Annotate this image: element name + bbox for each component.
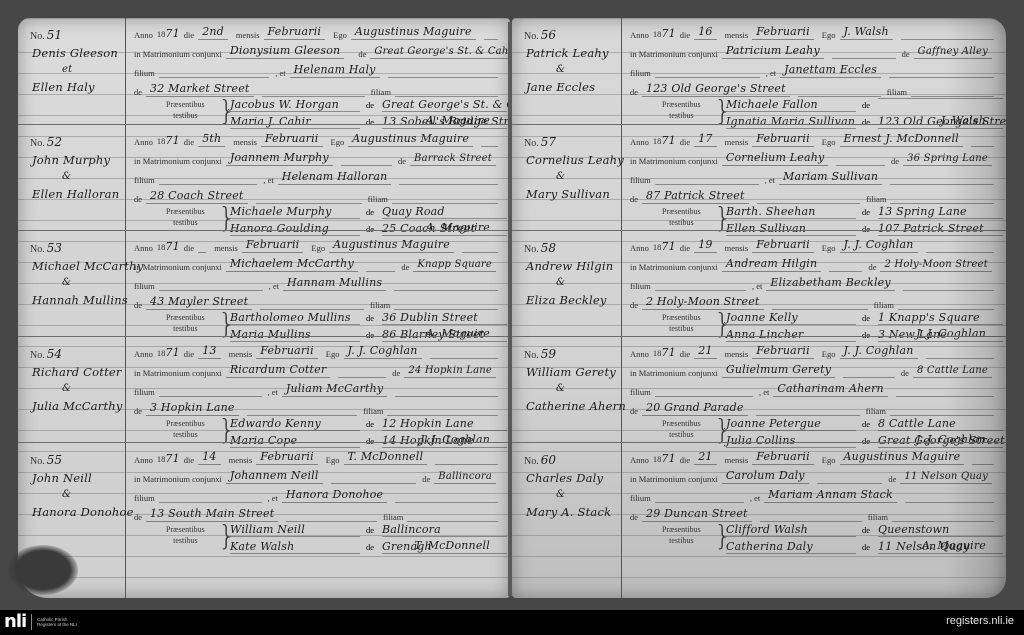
label-die: die: [680, 349, 690, 359]
image-viewer[interactable]: No.51 Denis Gleeson et Ellen Haly Anno 1…: [0, 0, 1024, 610]
day-value: 5th: [198, 132, 225, 147]
label-mensis: mensis: [229, 455, 253, 465]
bride-residence-row: de 43 Mayler Street filiam: [134, 292, 504, 310]
groom-row: in Matrimonium conjunxi Dionysium Gleeso…: [134, 41, 504, 59]
month-value: Februarii: [261, 132, 323, 147]
marriage-entry: No.53 Michael McCarthy & Hannah Mullins …: [18, 230, 510, 336]
entry-margin: No.53 Michael McCarthy & Hannah Mullins: [18, 231, 126, 336]
margin-bride-name: Jane Eccles: [526, 80, 595, 94]
viewer-footer: nli Catholic Parish Registers at the NLI…: [0, 610, 1024, 635]
month-value: Februarii: [752, 238, 814, 253]
month-value: Februarii: [264, 25, 326, 40]
label-et: , et: [765, 175, 775, 185]
bride-residence-row: de 87 Patrick Street filiam: [630, 186, 1000, 204]
bride-residence-row: de 29 Duncan Street filiam: [630, 504, 1000, 522]
entry-margin: No.54 Richard Cotter & Julia McCarthy: [18, 337, 126, 442]
label-de: de: [891, 156, 899, 166]
bride-row: filium , et Juliam McCarthy: [134, 379, 504, 397]
date-row: Anno 1871 die 2nd mensis Februarii Ego A…: [134, 22, 504, 40]
entry-margin: No.60 Charles Daly & Mary A. Stack: [512, 443, 622, 598]
date-row: Anno 1871 die 17 mensis Februarii Ego Er…: [630, 129, 1000, 147]
margin-groom-name: Andrew Hilgin: [526, 259, 613, 273]
groom-name: Patricium Leahy: [722, 44, 824, 59]
bride-row: filium , et Helenam Haly: [134, 60, 504, 78]
day-value: [198, 251, 206, 253]
nli-logo[interactable]: nli Catholic Parish Registers at the NLI: [4, 613, 77, 631]
label-anno: Anno: [134, 455, 153, 465]
marriage-entry: No.57 Cornelius Leahy & Mary Sullivan An…: [512, 124, 1006, 230]
label-ego: Ego: [311, 243, 325, 253]
marriage-entry: No.56 Patrick Leahy & Jane Eccles Anno 1…: [512, 18, 1006, 124]
priest-name: Augustinus Maguire: [840, 450, 965, 465]
label-mensis: mensis: [725, 30, 749, 40]
bride-residence: 32 Market Street: [146, 82, 254, 97]
witness-1-residence: [878, 98, 1003, 99]
label-mensis: mensis: [214, 243, 238, 253]
label-de: de: [366, 542, 374, 552]
entry-number: No.53: [30, 241, 62, 255]
groom-residence: 2 Holy-Moon Street: [880, 259, 992, 272]
label-filium: filium: [630, 68, 651, 78]
groom-residence: Knapp Square: [413, 259, 496, 272]
groom-row: in Matrimonium conjunxi Gulielmum Gerety…: [630, 360, 1000, 378]
label-de: de: [401, 262, 409, 272]
label-ego: Ego: [822, 243, 836, 253]
margin-conjunction: &: [556, 171, 565, 182]
month-value: Februarii: [256, 450, 318, 465]
groom-row: in Matrimonium conjunxi Carolum Daly de …: [630, 466, 1000, 484]
day-value: 14: [198, 450, 220, 465]
label-de: de: [366, 207, 374, 217]
label-die: die: [184, 30, 194, 40]
year-value: 1871: [157, 452, 180, 465]
bride-residence: 2 Holy-Moon Street: [642, 295, 764, 310]
witness-1-name: Michaele Fallon: [726, 98, 856, 112]
label-de: de: [422, 474, 430, 484]
label-de: de: [888, 474, 896, 484]
label-de: de: [862, 207, 870, 217]
entry-margin: No.51 Denis Gleeson et Ellen Haly: [18, 18, 126, 124]
entry-body: Anno 1871 die 21 mensis Februarii Ego J.…: [626, 337, 1000, 442]
entry-number: No.60: [524, 453, 556, 467]
groom-row: in Matrimonium conjunxi Cornelium Leahy …: [630, 148, 1000, 166]
year-value: 1871: [653, 346, 676, 359]
groom-row: in Matrimonium conjunxi Patricium Leahy …: [630, 41, 1000, 59]
label-de: de: [901, 368, 909, 378]
label-in-matrimonium: in Matrimonium conjunxi: [630, 156, 718, 166]
entry-body: Anno 1871 die 21 mensis Februarii Ego Au…: [626, 443, 1000, 598]
date-row: Anno 1871 die 21 mensis Februarii Ego Au…: [630, 447, 1000, 465]
register-page-left: No.51 Denis Gleeson et Ellen Haly Anno 1…: [18, 18, 510, 598]
priest-signature: A. Maguire: [922, 539, 986, 552]
month-value: Februarii: [752, 344, 814, 359]
entry-number: No.58: [524, 241, 556, 255]
bride-residence-row: de 20 Grand Parade filiam: [630, 398, 1000, 416]
groom-name: Andream Hilgin: [722, 257, 821, 272]
priest-name: J. Walsh: [840, 25, 893, 40]
margin-conjunction: &: [556, 489, 565, 500]
register-page-right: No.56 Patrick Leahy & Jane Eccles Anno 1…: [512, 18, 1006, 598]
label-praesentibus-testibus: Præsentibustestibus: [662, 312, 701, 334]
bride-row: filium , et Mariam Annam Stack: [630, 485, 1000, 503]
month-value: Februarii: [752, 25, 814, 40]
bride-residence: 29 Duncan Street: [642, 507, 752, 522]
label-filium: filium: [630, 387, 651, 397]
groom-residence: Barrack Street: [410, 153, 496, 166]
label-de: de: [862, 542, 870, 552]
label-ego: Ego: [331, 137, 345, 147]
label-in-matrimonium: in Matrimonium conjunxi: [134, 262, 222, 272]
label-de: de: [366, 419, 374, 429]
bride-row: filium , et Hanora Donohoe: [134, 485, 504, 503]
entry-margin: No.58 Andrew Hilgin & Eliza Beckley: [512, 231, 622, 336]
label-in-matrimonium: in Matrimonium conjunxi: [630, 474, 718, 484]
label-in-matrimonium: in Matrimonium conjunxi: [134, 368, 222, 378]
marriage-entry: No.52 John Murphy & Ellen Halloran Anno …: [18, 124, 510, 230]
marriage-entry: No.55 John Neill & Hanora Donohoe Anno 1…: [18, 442, 510, 598]
label-et: , et: [263, 175, 273, 185]
witness-1-name: Michaele Murphy: [230, 205, 360, 219]
label-praesentibus-testibus: Præsentibustestibus: [662, 99, 701, 121]
label-in-matrimonium: in Matrimonium conjunxi: [134, 156, 222, 166]
label-et: , et: [752, 281, 762, 291]
label-praesentibus-testibus: Præsentibustestibus: [166, 524, 205, 546]
label-ego: Ego: [333, 30, 347, 40]
label-de: de: [366, 100, 374, 110]
margin-groom-name: John Murphy: [32, 153, 110, 167]
groom-name: Johannem Neill: [226, 469, 323, 484]
bride-name: Mariam Annam Stack: [764, 488, 897, 503]
label-et: , et: [766, 68, 776, 78]
label-die: die: [680, 30, 690, 40]
label-de: de: [392, 368, 400, 378]
entry-margin: No.59 William Gerety & Catherine Ahern: [512, 337, 622, 442]
label-mensis: mensis: [236, 30, 260, 40]
priest-signature: T. McDonnell: [414, 539, 490, 552]
margin-bride-name: Hanora Donohoe: [32, 505, 134, 519]
witness-1-name: Jacobus W. Horgan: [230, 98, 360, 112]
margin-conjunction: &: [556, 277, 565, 288]
witness-2-name: Catherina Daly: [726, 540, 856, 554]
bride-row: filium , et Janettam Eccles: [630, 60, 1000, 78]
label-in-matrimonium: in Matrimonium conjunxi: [134, 49, 222, 59]
label-et: , et: [759, 387, 769, 397]
date-row: Anno 1871 die 13 mensis Februarii Ego J.…: [134, 341, 504, 359]
margin-groom-name: Richard Cotter: [32, 365, 122, 379]
label-anno: Anno: [134, 243, 153, 253]
year-value: 1871: [653, 240, 676, 253]
priest-name: J. J. Coghlan: [840, 344, 918, 359]
groom-residence: Great George's St. & Cahir: [370, 46, 510, 59]
logo-divider: [31, 614, 32, 630]
label-de: de: [398, 156, 406, 166]
bride-residence-row: de 3 Hopkin Lane filiam: [134, 398, 504, 416]
groom-name: Ricardum Cotter: [226, 363, 330, 378]
bride-name: Catharinam Ahern: [773, 382, 887, 397]
witness-1-residence: 13 Spring Lane: [878, 205, 1003, 219]
label-ego: Ego: [822, 30, 836, 40]
nli-logo-icon: nli: [4, 613, 26, 631]
label-ego: Ego: [326, 349, 340, 359]
margin-groom-name: Denis Gleeson: [32, 46, 118, 60]
marriage-entry: No.54 Richard Cotter & Julia McCarthy An…: [18, 336, 510, 442]
day-value: 17: [694, 132, 716, 147]
label-praesentibus-testibus: Præsentibustestibus: [166, 99, 205, 121]
label-praesentibus-testibus: Præsentibustestibus: [662, 206, 701, 228]
bride-row: filium , et Mariam Sullivan: [630, 167, 1000, 185]
date-row: Anno 1871 die 16 mensis Februarii Ego J.…: [630, 22, 1000, 40]
label-filium: filium: [630, 493, 651, 503]
day-value: 16: [694, 25, 716, 40]
bride-residence-row: de 2 Holy-Moon Street filiam: [630, 292, 1000, 310]
margin-bride-name: Mary A. Stack: [526, 505, 611, 519]
site-url-link[interactable]: registers.nli.ie: [946, 615, 1014, 627]
bride-name: Juliam McCarthy: [282, 382, 387, 397]
entry-number: No.52: [30, 135, 62, 149]
groom-name: Joannem Murphy: [226, 151, 333, 166]
year-value: 1871: [157, 134, 180, 147]
entry-number: No.51: [30, 28, 62, 42]
margin-bride-name: Catherine Ahern: [526, 399, 626, 413]
margin-groom-name: Cornelius Leahy: [526, 153, 624, 167]
bride-residence-row: de 32 Market Street filiam: [134, 79, 504, 97]
label-de: de: [358, 49, 366, 59]
label-filium: filium: [134, 281, 155, 291]
label-anno: Anno: [134, 349, 153, 359]
witness-1-residence: Queenstown: [878, 523, 1003, 537]
margin-bride-name: Julia McCarthy: [32, 399, 123, 413]
witness-1-residence: 1 Knapp's Square: [878, 311, 1003, 325]
witness-1-name: Edwardo Kenny: [230, 417, 360, 431]
margin-groom-name: John Neill: [32, 471, 92, 485]
entry-number: No.57: [524, 135, 556, 149]
label-de: de: [862, 419, 870, 429]
label-de: de: [366, 525, 374, 535]
witness-1-name: Barth. Sheehan: [726, 205, 856, 219]
groom-residence: Ballincora: [434, 471, 496, 484]
label-anno: Anno: [630, 30, 649, 40]
date-row: Anno 1871 die mensis Februarii Ego Augus…: [134, 235, 504, 253]
entry-margin: No.57 Cornelius Leahy & Mary Sullivan: [512, 125, 622, 230]
month-value: Februarii: [752, 450, 814, 465]
date-row: Anno 1871 die 5th mensis Februarii Ego A…: [134, 129, 504, 147]
label-mensis: mensis: [725, 455, 749, 465]
bride-residence: 43 Mayler Street: [146, 295, 252, 310]
day-value: 2nd: [198, 25, 228, 40]
label-de: de: [868, 262, 876, 272]
entry-body: Anno 1871 die mensis Februarii Ego Augus…: [130, 231, 504, 336]
label-anno: Anno: [630, 349, 649, 359]
margin-bride-name: Ellen Halloran: [32, 187, 119, 201]
priest-name: Augustinus Maguire: [348, 132, 473, 147]
margin-groom-name: William Gerety: [526, 365, 616, 379]
bride-name: Helenam Haly: [290, 63, 380, 78]
entry-number: No.54: [30, 347, 62, 361]
entry-body: Anno 1871 die 2nd mensis Februarii Ego A…: [130, 18, 504, 124]
groom-row: in Matrimonium conjunxi Ricardum Cotter …: [134, 360, 504, 378]
day-value: 19: [694, 238, 716, 253]
bride-name: Mariam Sullivan: [779, 170, 882, 185]
priest-signature: J. Walsh: [941, 114, 986, 127]
marriage-entry: No.58 Andrew Hilgin & Eliza Beckley Anno…: [512, 230, 1006, 336]
label-die: die: [184, 243, 194, 253]
label-anno: Anno: [630, 137, 649, 147]
entry-margin: No.52 John Murphy & Ellen Halloran: [18, 125, 126, 230]
groom-residence: 11 Nelson Quay: [900, 471, 992, 484]
witness-1-residence: Ballincora: [382, 523, 507, 537]
bride-row: filium , et Elizabetham Beckley: [630, 273, 1000, 291]
month-value: Februarii: [242, 238, 304, 253]
groom-row: in Matrimonium conjunxi Andream Hilgin d…: [630, 254, 1000, 272]
margin-groom-name: Michael McCarthy: [32, 259, 143, 273]
label-de: de: [862, 525, 870, 535]
entry-body: Anno 1871 die 19 mensis Februarii Ego J.…: [626, 231, 1000, 336]
bride-residence: 13 South Main Street: [146, 507, 278, 522]
label-die: die: [680, 455, 690, 465]
witness-2-name: Kate Walsh: [230, 540, 360, 554]
entry-number: No.59: [524, 347, 556, 361]
month-value: Februarii: [256, 344, 318, 359]
date-row: Anno 1871 die 19 mensis Februarii Ego J.…: [630, 235, 1000, 253]
label-praesentibus-testibus: Præsentibustestibus: [662, 418, 701, 440]
label-ego: Ego: [326, 455, 340, 465]
label-praesentibus-testibus: Præsentibustestibus: [166, 418, 205, 440]
bride-name: Janettam Eccles: [780, 63, 881, 78]
label-et: , et: [275, 68, 285, 78]
label-et: , et: [269, 281, 279, 291]
entry-body: Anno 1871 die 16 mensis Februarii Ego J.…: [626, 18, 1000, 124]
year-value: 1871: [157, 240, 180, 253]
witness-1-residence: Quay Road: [382, 205, 507, 219]
margin-conjunction: &: [556, 64, 565, 75]
label-die: die: [184, 349, 194, 359]
margin-conjunction: et: [62, 64, 72, 75]
priest-name: J. J. Coghlan: [344, 344, 422, 359]
entry-body: Anno 1871 die 17 mensis Februarii Ego Er…: [626, 125, 1000, 230]
day-value: 21: [694, 344, 716, 359]
entry-body: Anno 1871 die 14 mensis Februarii Ego T.…: [130, 443, 504, 598]
date-row: Anno 1871 die 21 mensis Februarii Ego J.…: [630, 341, 1000, 359]
page-damage-stain: [8, 545, 78, 595]
bride-name: Hanora Donohoe: [282, 488, 387, 503]
label-die: die: [184, 137, 194, 147]
witness-1-name: William Neill: [230, 523, 360, 537]
bride-row: filium , et Catharinam Ahern: [630, 379, 1000, 397]
margin-bride-name: Eliza Beckley: [526, 293, 607, 307]
priest-name: Ernest J. McDonnell: [840, 132, 963, 147]
label-anno: Anno: [630, 455, 649, 465]
year-value: 1871: [157, 346, 180, 359]
bride-name: Elizabetham Beckley: [766, 276, 894, 291]
label-ego: Ego: [822, 349, 836, 359]
label-in-matrimonium: in Matrimonium conjunxi: [630, 262, 718, 272]
month-value: Februarii: [752, 132, 814, 147]
label-ego: Ego: [822, 455, 836, 465]
label-et: , et: [750, 493, 760, 503]
label-in-matrimonium: in Matrimonium conjunxi: [134, 474, 222, 484]
label-mensis: mensis: [725, 243, 749, 253]
label-et: , et: [268, 493, 278, 503]
bride-name: Hannam Mullins: [283, 276, 386, 291]
bride-residence-row: de 13 South Main Street filiam: [134, 504, 504, 522]
groom-row: in Matrimonium conjunxi Michaelem McCart…: [134, 254, 504, 272]
groom-residence: Gaffney Alley: [914, 46, 992, 59]
label-praesentibus-testibus: Præsentibustestibus: [166, 312, 205, 334]
marriage-entry: No.59 William Gerety & Catherine Ahern A…: [512, 336, 1006, 442]
groom-name: Cornelium Leahy: [722, 151, 829, 166]
groom-residence: 36 Spring Lane: [903, 153, 992, 166]
day-value: 13: [198, 344, 220, 359]
margin-groom-name: Charles Daly: [526, 471, 603, 485]
label-de: de: [902, 49, 910, 59]
groom-row: in Matrimonium conjunxi Joannem Murphy d…: [134, 148, 504, 166]
witness-1-name: Joanne Kelly: [726, 311, 856, 325]
label-de: de: [862, 313, 870, 323]
bride-name: Helenam Halloran: [278, 170, 392, 185]
label-de: de: [366, 313, 374, 323]
year-value: 1871: [653, 452, 676, 465]
entry-margin: No.56 Patrick Leahy & Jane Eccles: [512, 18, 622, 124]
bride-residence-row: de 28 Coach Street filiam: [134, 186, 504, 204]
witness-1-residence: Great George's St. & Cahir Station: [382, 98, 507, 112]
entry-body: Anno 1871 die 5th mensis Februarii Ego A…: [130, 125, 504, 230]
year-value: 1871: [157, 27, 180, 40]
label-anno: Anno: [630, 243, 649, 253]
bride-row: filium , et Helenam Halloran: [134, 167, 504, 185]
margin-conjunction: &: [62, 383, 71, 394]
label-ego: Ego: [822, 137, 836, 147]
groom-name: Gulielmum Gerety: [722, 363, 835, 378]
label-die: die: [184, 455, 194, 465]
label-mensis: mensis: [725, 137, 749, 147]
priest-name: Augustinus Maguire: [329, 238, 454, 253]
margin-conjunction: &: [62, 277, 71, 288]
witness-1-name: Joanne Petergue: [726, 417, 856, 431]
label-mensis: mensis: [233, 137, 257, 147]
label-filium: filium: [134, 68, 155, 78]
label-die: die: [680, 137, 690, 147]
witness-1-residence: 8 Cattle Lane: [878, 417, 1003, 431]
label-anno: Anno: [134, 137, 153, 147]
label-anno: Anno: [134, 30, 153, 40]
label-praesentibus-testibus: Præsentibustestibus: [662, 524, 701, 546]
margin-conjunction: &: [62, 171, 71, 182]
groom-name: Michaelem McCarthy: [226, 257, 358, 272]
groom-name: Carolum Daly: [722, 469, 809, 484]
marriage-entry: No.60 Charles Daly & Mary A. Stack Anno …: [512, 442, 1006, 598]
priest-name: Augustinus Maguire: [351, 25, 476, 40]
groom-residence: 24 Hopkin Lane: [404, 365, 496, 378]
bride-residence: 87 Patrick Street: [642, 189, 749, 204]
year-value: 1871: [653, 134, 676, 147]
label-die: die: [680, 243, 690, 253]
label-mensis: mensis: [229, 349, 253, 359]
label-de: de: [862, 100, 870, 110]
margin-groom-name: Patrick Leahy: [526, 46, 609, 60]
bride-row: filium , et Hannam Mullins: [134, 273, 504, 291]
label-mensis: mensis: [725, 349, 749, 359]
year-value: 1871: [653, 27, 676, 40]
witness-1-residence: 12 Hopkin Lane: [382, 417, 507, 431]
label-praesentibus-testibus: Præsentibustestibus: [166, 206, 205, 228]
label-filium: filium: [134, 387, 155, 397]
label-et: , et: [268, 387, 278, 397]
margin-conjunction: &: [556, 383, 565, 394]
margin-bride-name: Mary Sullivan: [526, 187, 610, 201]
witness-1-name: Clifford Walsh: [726, 523, 856, 537]
groom-residence: 8 Cattle Lane: [913, 365, 992, 378]
logo-text: Catholic Parish Registers at the NLI: [37, 617, 77, 627]
